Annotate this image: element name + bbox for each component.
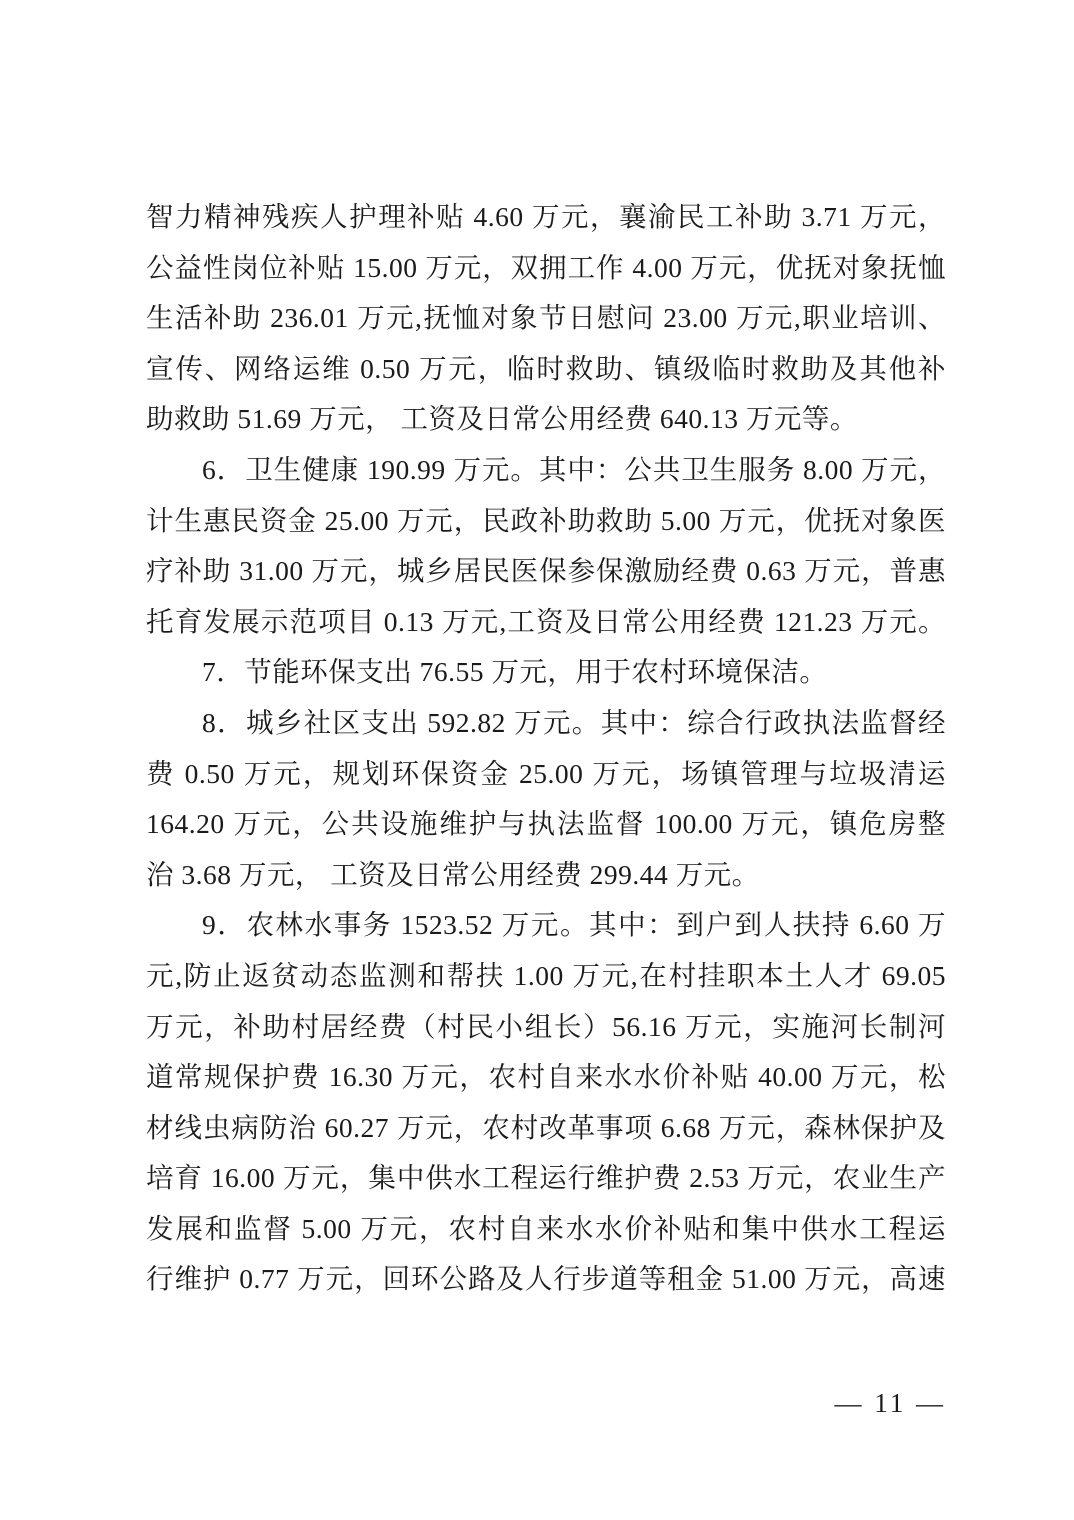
text-line: 计生惠民资金 25.00 万元，民政补助救助 5.00 万元，优抚对象医 — [146, 496, 946, 547]
text-line: 材线虫病防治 60.27 万元，农村改革事项 6.68 万元，森林保护及 — [146, 1103, 946, 1154]
text-line: 托育发展示范项目 0.13 万元,工资及日常公用经费 121.23 万元。 — [146, 597, 946, 648]
text-line: 助救助 51.69 万元， 工资及日常公用经费 640.13 万元等。 — [146, 394, 946, 445]
text-line: 生活补助 236.01 万元,抚恤对象节日慰问 23.00 万元,职业培训、 — [146, 293, 946, 344]
page-number: — 11 — — [146, 1388, 946, 1419]
text-line: 培育 16.00 万元，集中供水工程运行维护费 2.53 万元，农业生产 — [146, 1153, 946, 1204]
text-line: 道常规保护费 16.30 万元，农村自来水水价补贴 40.00 万元，松 — [146, 1052, 946, 1103]
text-line: 治 3.68 万元， 工资及日常公用经费 299.44 万元。 — [146, 850, 946, 901]
text-line: 万元，补助村居经费（村民小组长）56.16 万元，实施河长制河 — [146, 1002, 946, 1053]
text-line: 发展和监督 5.00 万元，农村自来水水价补贴和集中供水工程运 — [146, 1204, 946, 1255]
text-line: 智力精神残疾人护理补贴 4.60 万元，襄渝民工补助 3.71 万元， — [146, 192, 946, 243]
document-page: 智力精神残疾人护理补贴 4.60 万元，襄渝民工补助 3.71 万元， 公益性岗… — [0, 0, 1074, 1520]
body-text: 智力精神残疾人护理补贴 4.60 万元，襄渝民工补助 3.71 万元， 公益性岗… — [146, 192, 946, 1305]
text-line: 164.20 万元，公共设施维护与执法监督 100.00 万元，镇危房整 — [146, 799, 946, 850]
text-line: 疗补助 31.00 万元，城乡居民医保参保激励经费 0.63 万元，普惠 — [146, 546, 946, 597]
text-line: 行维护 0.77 万元，回环公路及人行步道等租金 51.00 万元，高速 — [146, 1254, 946, 1305]
text-line: 费 0.50 万元，规划环保资金 25.00 万元，场镇管理与垃圾清运 — [146, 749, 946, 800]
text-line: 宣传、网络运维 0.50 万元，临时救助、镇级临时救助及其他补 — [146, 344, 946, 395]
text-line-item-6: 6．卫生健康 190.99 万元。其中：公共卫生服务 8.00 万元， — [146, 445, 946, 496]
text-line-item-8: 8．城乡社区支出 592.82 万元。其中：综合行政执法监督经 — [146, 698, 946, 749]
text-line-item-7: 7．节能环保支出 76.55 万元，用于农村环境保洁。 — [146, 647, 946, 698]
text-line: 元,防止返贫动态监测和帮扶 1.00 万元,在村挂职本土人才 69.05 — [146, 951, 946, 1002]
text-line-item-9: 9．农林水事务 1523.52 万元。其中：到户到人扶持 6.60 万 — [146, 900, 946, 951]
text-line: 公益性岗位补贴 15.00 万元，双拥工作 4.00 万元，优抚对象抚恤 — [146, 243, 946, 294]
